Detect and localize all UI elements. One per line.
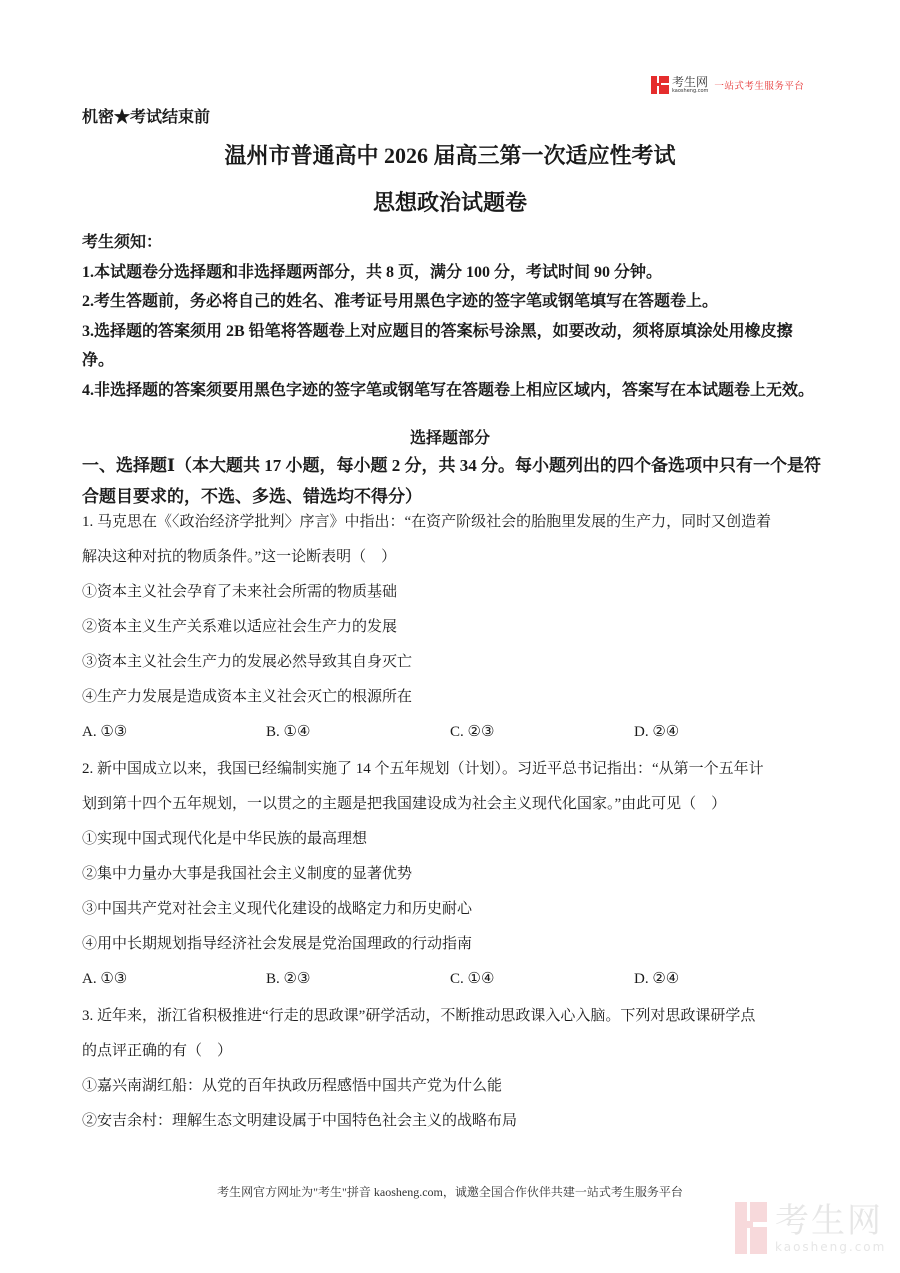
question-3: 3. 近年来，浙江省积极推进“行走的思政课”研学活动，不断推动思政课入心入脑。下… [82, 999, 822, 1139]
option-a: A. ①③ [82, 962, 266, 997]
question-1: 1. 马克思在《〈政治经济学批判〉序言》中指出：“在资产阶级社会的胎胞里发展的生… [82, 505, 822, 750]
option-c: C. ①④ [450, 962, 634, 997]
statement: ④生产力发展是造成资本主义社会灭亡的根源所在 [82, 680, 822, 715]
statement: ①实现中国式现代化是中华民族的最高理想 [82, 822, 822, 857]
question-stem: 3. 近年来，浙江省积极推进“行走的思政课”研学活动，不断推动思政课入心入脑。下… [82, 999, 822, 1034]
kaosheng-watermark: 考生网 kaosheng.com [735, 1202, 886, 1254]
notice-item: 2.考生答题前，务必将自己的姓名、准考证号用黑色字迹的签字笔或钢笔填写在答题卷上… [82, 287, 822, 317]
kaosheng-logo-icon [651, 76, 669, 94]
footer-website-note: 考生网官方网址为"考生"拼音 kaosheng.com，诚邀全国合作伙伴共建一站… [0, 1183, 900, 1200]
exam-title: 温州市普通高中 2026 届高三第一次适应性考试 [0, 139, 900, 170]
kaosheng-watermark-icon [735, 1202, 767, 1254]
option-b: B. ②③ [266, 962, 450, 997]
exam-subject-title: 思想政治试题卷 [0, 186, 900, 217]
question-stem: 的点评正确的有（ ） [82, 1034, 822, 1069]
option-c: C. ②③ [450, 715, 634, 750]
logo-slogan: 一站式考生服务平台 [714, 78, 804, 92]
part-heading: 一、选择题Ⅰ（本大题共 17 小题，每小题 2 分，共 34 分。每小题列出的四… [82, 450, 822, 512]
statement: ②资本主义生产关系难以适应社会生产力的发展 [82, 610, 822, 645]
question-stem: 1. 马克思在《〈政治经济学批判〉序言》中指出：“在资产阶级社会的胎胞里发展的生… [82, 505, 822, 540]
option-b: B. ①④ [266, 715, 450, 750]
candidate-notice: 考生须知： 1.本试题卷分选择题和非选择题两部分，共 8 页，满分 100 分，… [82, 228, 822, 405]
question-2: 2. 新中国成立以来，我国已经编制实施了 14 个五年规划（计划）。习近平总书记… [82, 752, 822, 997]
notice-heading: 考生须知： [82, 228, 822, 258]
question-stem: 解决这种对抗的物质条件。”这一论断表明（ ） [82, 540, 822, 575]
option-d: D. ②④ [634, 715, 818, 750]
option-d: D. ②④ [634, 962, 818, 997]
question-stem: 划到第十四个五年规划，一以贯之的主题是把我国建设成为社会主义现代化国家。”由此可… [82, 787, 822, 822]
logo-brand-cn: 考生网 [672, 76, 708, 88]
kaosheng-logo[interactable]: 考生网 kaosheng.com 一站式考生服务平台 [651, 74, 804, 96]
logo-brand-en: kaosheng.com [672, 89, 708, 94]
answer-options: A. ①③ B. ②③ C. ①④ D. ②④ [82, 962, 822, 997]
section-heading: 选择题部分 [0, 425, 900, 448]
watermark-brand-en: kaosheng.com [775, 1241, 886, 1253]
statement: ①嘉兴南湖红船：从党的百年执政历程感悟中国共产党为什么能 [82, 1069, 822, 1104]
question-stem: 2. 新中国成立以来，我国已经编制实施了 14 个五年规划（计划）。习近平总书记… [82, 752, 822, 787]
answer-options: A. ①③ B. ①④ C. ②③ D. ②④ [82, 715, 822, 750]
notice-item: 4.非选择题的答案须要用黑色字迹的签字笔或钢笔写在答题卷上相应区域内，答案写在本… [82, 376, 822, 406]
notice-item: 1.本试题卷分选择题和非选择题两部分，共 8 页，满分 100 分，考试时间 9… [82, 258, 822, 288]
confidential-label: 机密★考试结束前 [82, 104, 210, 127]
watermark-brand-cn: 考生网 [775, 1204, 886, 1238]
statement: ②集中力量办大事是我国社会主义制度的显著优势 [82, 857, 822, 892]
option-a: A. ①③ [82, 715, 266, 750]
notice-item: 3.选择题的答案须用 2B 铅笔将答题卷上对应题目的答案标号涂黑，如要改动，须将… [82, 317, 822, 376]
statement: ③资本主义社会生产力的发展必然导致其自身灭亡 [82, 645, 822, 680]
statement: ④用中长期规划指导经济社会发展是党治国理政的行动指南 [82, 927, 822, 962]
statement: ①资本主义社会孕育了未来社会所需的物质基础 [82, 575, 822, 610]
statement: ③中国共产党对社会主义现代化建设的战略定力和历史耐心 [82, 892, 822, 927]
statement: ②安吉余村：理解生态文明建设属于中国特色社会主义的战略布局 [82, 1104, 822, 1139]
